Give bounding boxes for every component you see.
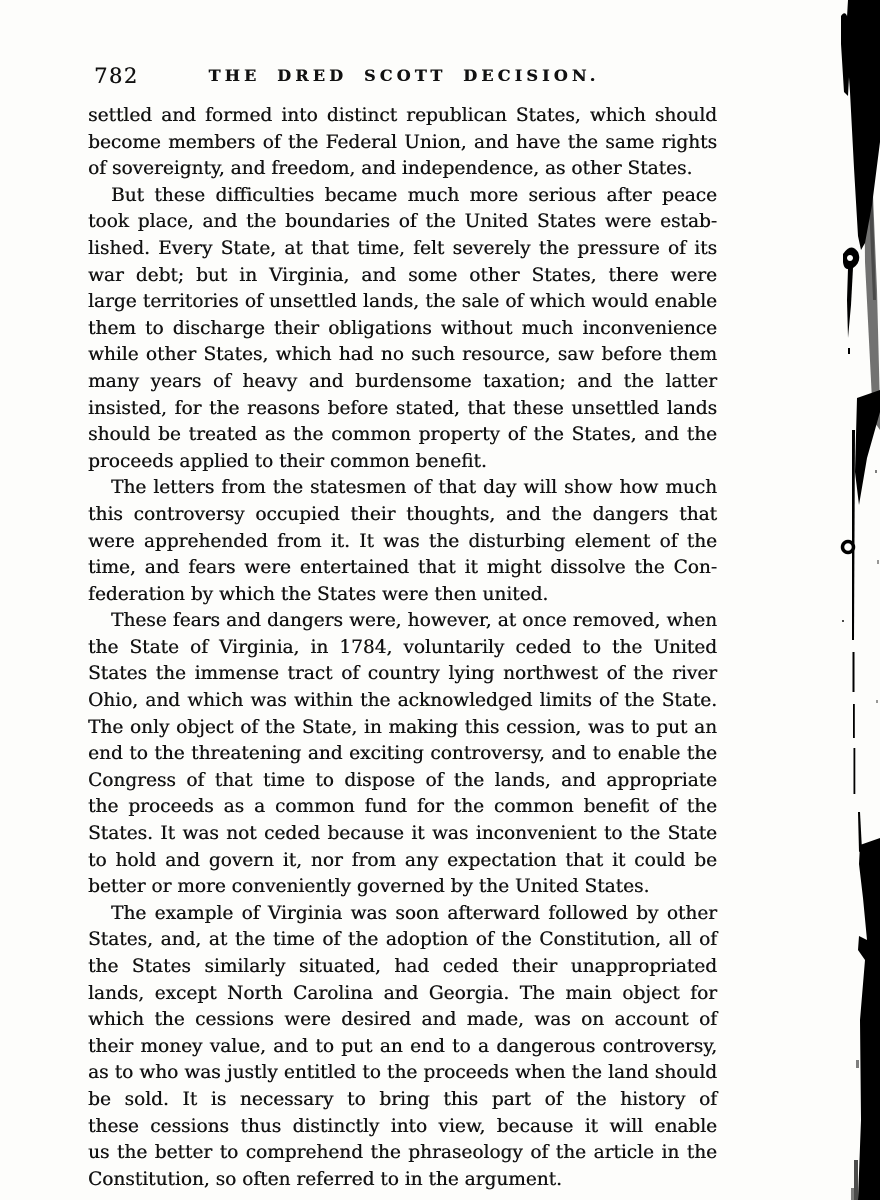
paragraph: But these difficulties became much more … [88,183,717,476]
text-line: Congress of that time to dispose of the … [88,768,717,795]
text-line: The letters from the statesmen of that d… [88,475,717,502]
text-line: to hold and govern it, nor from any expe… [88,848,717,875]
text-line: time, and fears were entertained that it… [88,555,717,582]
paragraph: These fears and dangers were, however, a… [88,608,717,901]
text-line: settled and formed into distinct republi… [88,103,717,130]
page-number: 782 [94,64,139,88]
text-line: them to discharge their obligations with… [88,316,717,343]
text-line: took place, and the boundaries of the Un… [88,209,717,236]
text-line: lished. Every State, at that time, felt … [88,236,717,263]
text-line: the proceeds as a common fund for the co… [88,794,717,821]
text-line: States the immense tract of country lyin… [88,661,717,688]
text-line: Ohio, and which was within the acknowled… [88,688,717,715]
text-line: The example of Virginia was soon afterwa… [88,901,717,928]
paragraph: settled and formed into distinct republi… [88,103,717,183]
text-line: The only object of the State, in making … [88,715,717,742]
paragraph: The letters from the statesmen of that d… [88,475,717,608]
text-line: lands, except North Carolina and Georgia… [88,981,717,1008]
text-line: this controversy occupied their thoughts… [88,502,717,529]
text-line: Constitution, so often referred to in th… [88,1167,717,1194]
text-line: which the cessions were desired and made… [88,1007,717,1034]
text-line: the States similarly situated, had ceded… [88,954,717,981]
text-line: become members of the Federal Union, and… [88,130,717,157]
text-line: as to who was justly entitled to the pro… [88,1060,717,1087]
text-line: war debt; but in Virginia, and some othe… [88,263,717,290]
right-edge-scan-artifact [834,0,880,1200]
text-line: be sold. It is necessary to bring this p… [88,1087,717,1114]
text-line: end to the threatening and exciting cont… [88,741,717,768]
text-line: federation by which the States were then… [88,582,717,609]
text-line: insisted, for the reasons before stated,… [88,396,717,423]
page-header: 782 THE DRED SCOTT DECISION. [0,58,772,98]
text-line: States. It was not ceded because it was … [88,821,717,848]
page: 782 THE DRED SCOTT DECISION. settled and… [0,0,880,1200]
text-line: the State of Virginia, in 1784, voluntar… [88,635,717,662]
page-body: settled and formed into distinct republi… [88,103,717,1193]
text-line: us the better to comprehend the phraseol… [88,1140,717,1167]
text-line: while other States, which had no such re… [88,342,717,369]
text-line: were apprehended from it. It was the dis… [88,529,717,556]
text-line: their money value, and to put an end to … [88,1034,717,1061]
text-line: should be treated as the common property… [88,422,717,449]
text-line: proceeds applied to their common benefit… [88,449,717,476]
text-line: large territories of unsettled lands, th… [88,289,717,316]
text-line: These fears and dangers were, however, a… [88,608,717,635]
text-line: these cessions thus distinctly into view… [88,1114,717,1141]
text-line: better or more conveniently governed by … [88,874,717,901]
text-line: States, and, at the time of the adoption… [88,927,717,954]
text-line: of sovereignty, and freedom, and indepen… [88,156,717,183]
text-line: many years of heavy and burdensome taxat… [88,369,717,396]
paragraph: The example of Virginia was soon afterwa… [88,901,717,1194]
text-line: But these difficulties became much more … [88,183,717,210]
